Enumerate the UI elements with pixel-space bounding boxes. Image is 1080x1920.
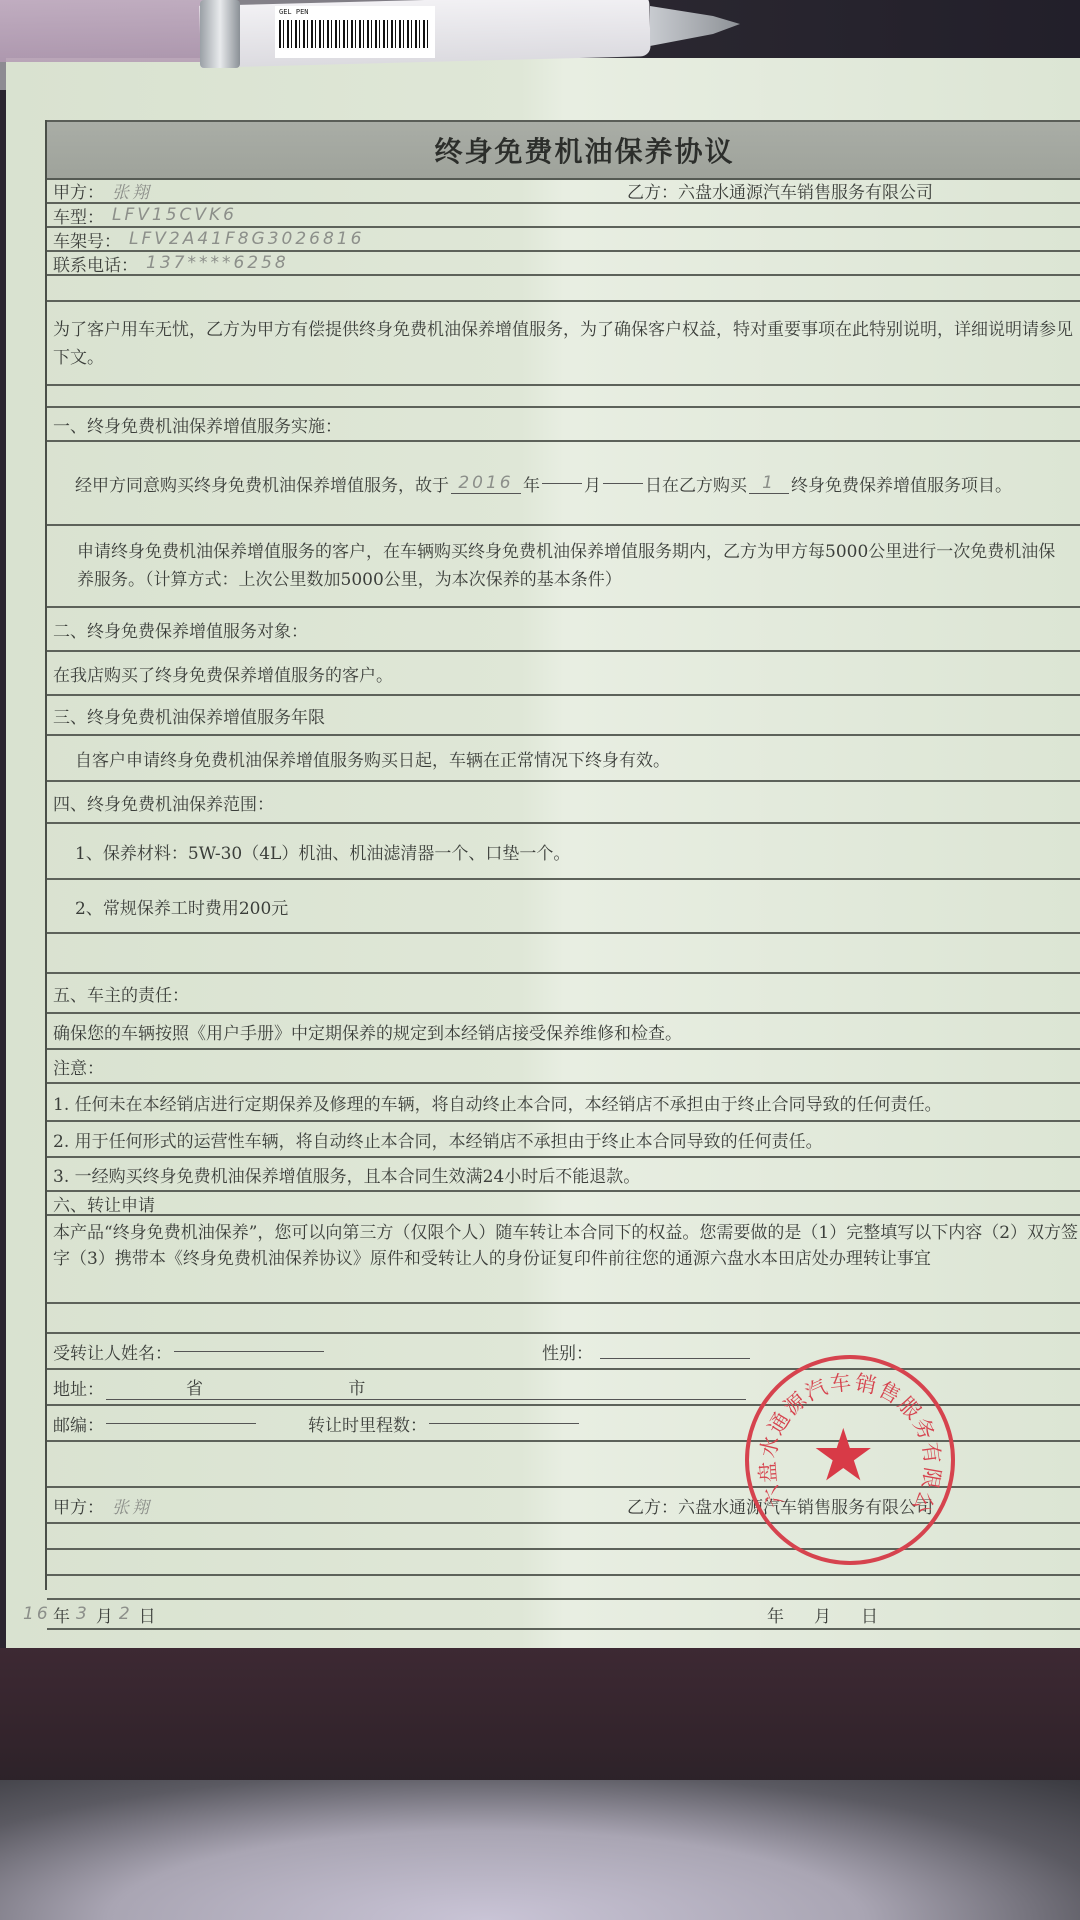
- section2-heading: 二、终身免费保养增值服务对象：: [53, 617, 308, 642]
- signature-party-a-label: 甲方：: [53, 1493, 104, 1518]
- section4-item-1: 1、保养材料：5W-30（4L）机油、机油滤清器一个、口垫一个。: [75, 839, 570, 864]
- section3-heading: 三、终身免费机油保养增值服务年限: [53, 703, 325, 728]
- mileage-label: 转让时里程数：: [308, 1411, 427, 1436]
- gender-label: 性别：: [542, 1344, 593, 1364]
- notes-heading-row: 注意：: [47, 1050, 1080, 1084]
- date-a-day[interactable]: 2: [119, 1604, 133, 1624]
- section6-body-row: 本产品“终身免费机油保养”，您可以向第三方（仅限个人）随车转让本合同下的权益。您…: [47, 1216, 1080, 1304]
- party-a-row: 甲方： 张翔 乙方：六盘水通源汽车销售服务有限公司: [47, 178, 1080, 204]
- party-a-value[interactable]: 张翔: [112, 178, 152, 203]
- day-label: 日在乙方购买: [645, 471, 747, 496]
- notes-heading: 注意：: [53, 1054, 104, 1079]
- section4-item-row: 2、常规保养工时费用200元: [47, 880, 1080, 934]
- star-icon: ★: [811, 1419, 876, 1491]
- gel-pen: GEL PEN: [0, 0, 760, 70]
- section2-body-row: 在我店购买了终身免费保养增值服务的客户。: [47, 652, 1080, 696]
- section5-heading: 五、车主的责任：: [53, 981, 189, 1006]
- date-a-month[interactable]: 3: [76, 1604, 90, 1624]
- address-label: 地址：: [53, 1375, 104, 1400]
- note-2: 2. 用于任何形式的运营性车辆，将自动终止本合同，本经销店不承担由于终止本合同导…: [53, 1127, 823, 1152]
- purchase-prefix: 经甲方同意购买终身免费机油保养增值服务，故于: [75, 471, 449, 496]
- section3-body: 自客户申请终身免费机油保养增值服务购买日起，车辆在正常情况下终身有效。: [75, 746, 670, 771]
- item-field[interactable]: 1: [749, 473, 789, 494]
- section1-heading-row: 一、终身免费机油保养增值服务实施：: [47, 408, 1080, 442]
- company-seal: 六盘水通源汽车销售服务有限公司 ★: [745, 1355, 955, 1565]
- date-a-month-label: 月: [96, 1602, 113, 1627]
- section1-heading: 一、终身免费机油保养增值服务实施：: [53, 412, 342, 437]
- date-b-year-label: 年: [767, 1607, 814, 1627]
- party-a-signature[interactable]: 张翔: [112, 1493, 152, 1518]
- note-row: 2. 用于任何形式的运营性车辆，将自动终止本合同，本经销店不承担由于终止本合同导…: [47, 1122, 1080, 1158]
- party-b-value: 六盘水通源汽车销售服务有限公司: [678, 183, 933, 203]
- section1-detail: 申请终身免费机油保养增值服务的客户，在车辆购买终身免费机油保养增值服务期内，乙方…: [77, 538, 1072, 594]
- vin-label: 车架号：: [53, 227, 121, 252]
- date-a-year-label: 年: [53, 1602, 70, 1627]
- gender-group: 性别：: [542, 1339, 752, 1364]
- party-a-label: 甲方：: [53, 178, 104, 203]
- section1-detail-row: 申请终身免费机油保养增值服务的客户，在车辆购买终身免费机油保养增值服务期内，乙方…: [47, 526, 1080, 608]
- car-model-value[interactable]: LFV15CVK6: [112, 205, 237, 225]
- party-b-label: 乙方：: [627, 183, 678, 203]
- date-a-year[interactable]: 16: [23, 1604, 51, 1624]
- section4-item-row: 1、保养材料：5W-30（4L）机油、机油滤清器一个、口垫一个。: [47, 824, 1080, 880]
- address-field[interactable]: 省 市: [106, 1374, 746, 1400]
- day-field[interactable]: [603, 483, 643, 484]
- party-b-header: 乙方：六盘水通源汽车销售服务有限公司: [627, 178, 933, 203]
- zip-label: 邮编：: [53, 1411, 104, 1436]
- gender-field[interactable]: [600, 1358, 750, 1359]
- section6-heading-row: 六、转让申请: [47, 1192, 1080, 1216]
- purchase-row: 经甲方同意购买终身免费机油保养增值服务，故于 2016 年 月 日在乙方购买 1…: [47, 442, 1080, 526]
- blank-row: [47, 276, 1080, 302]
- note-3: 3. 一经购买终身免费机油保养增值服务，且本合同生效满24小时后不能退款。: [53, 1162, 640, 1187]
- vin-value[interactable]: LFV2A41F8G3026816: [129, 229, 364, 249]
- note-row: 3. 一经购买终身免费机油保养增值服务，且本合同生效满24小时后不能退款。: [47, 1158, 1080, 1192]
- blank-row: [47, 386, 1080, 408]
- date-b: 年月日: [767, 1602, 908, 1627]
- barcode-icon: [279, 20, 431, 48]
- date-a-day-label: 日: [139, 1602, 156, 1627]
- mileage-field[interactable]: [429, 1423, 579, 1424]
- purchase-suffix: 终身免费保养增值服务项目。: [791, 471, 1012, 496]
- month-label: 月: [584, 471, 601, 496]
- month-field[interactable]: [542, 483, 582, 484]
- section3-body-row: 自客户申请终身免费机油保养增值服务购买日起，车辆在正常情况下终身有效。: [47, 736, 1080, 782]
- phone-label: 联系电话：: [53, 251, 138, 276]
- section5-heading-row: 五、车主的责任：: [47, 974, 1080, 1014]
- section6-heading: 六、转让申请: [53, 1191, 155, 1216]
- section6-body: 本产品“终身免费机油保养”，您可以向第三方（仅限个人）随车转让本合同下的权益。您…: [53, 1220, 1078, 1272]
- zip-field[interactable]: [106, 1423, 256, 1424]
- year-field[interactable]: 2016: [451, 473, 521, 494]
- intro-text: 为了客户用车无忧，乙方为甲方有偿提供终身免费机油保养增值服务，为了确保客户权益，…: [53, 316, 1080, 372]
- section4-item-2: 2、常规保养工时费用200元: [75, 894, 288, 919]
- section4-heading-row: 四、终身免费机油保养范围：: [47, 782, 1080, 824]
- phone-row: 联系电话： 137****6258: [47, 252, 1080, 276]
- date-b-month-label: 月: [814, 1607, 861, 1627]
- title-bar: 终身免费机油保养协议: [47, 120, 1080, 180]
- car-model-row: 车型： LFV15CVK6: [47, 204, 1080, 228]
- section4-heading: 四、终身免费机油保养范围：: [53, 790, 274, 815]
- section5-body: 确保您的车辆按照《用户手册》中定期保养的规定到本经销店接受保养维修和检查。: [53, 1019, 682, 1044]
- document-title: 终身免费机油保养协议: [394, 130, 734, 170]
- pen-label-text: GEL PEN: [279, 8, 309, 16]
- blank-row: [47, 934, 1080, 974]
- intro-row: 为了客户用车无忧，乙方为甲方有偿提供终身免费机油保养增值服务，为了确保客户权益，…: [47, 302, 1080, 386]
- date-row: 16 年 3 月 2 日 年月日: [47, 1600, 1080, 1630]
- city-label: 市: [348, 1379, 365, 1399]
- car-model-label: 车型：: [53, 203, 104, 228]
- pen-grip: [0, 0, 210, 62]
- folder-edge: [0, 1648, 1080, 1798]
- signature-party-b-label: 乙方：: [627, 1498, 678, 1518]
- province-label: 省: [186, 1379, 203, 1399]
- note-1: 1. 任何未在本经销店进行定期保养及修理的车辆，将自动终止本合同，本经销店不承担…: [53, 1090, 942, 1115]
- transferee-name-field[interactable]: [174, 1351, 324, 1352]
- fabric-foreground: [0, 1780, 1080, 1920]
- section3-heading-row: 三、终身免费机油保养增值服务年限: [47, 696, 1080, 736]
- section2-heading-row: 二、终身免费保养增值服务对象：: [47, 608, 1080, 652]
- note-row: 1. 任何未在本经销店进行定期保养及修理的车辆，将自动终止本合同，本经销店不承担…: [47, 1084, 1080, 1122]
- transferee-name-label: 受转让人姓名：: [53, 1339, 172, 1364]
- blank-row: [47, 1304, 1080, 1334]
- blank-row: [47, 1576, 1080, 1600]
- pen-tip: [650, 6, 740, 46]
- phone-value[interactable]: 137****6258: [146, 253, 289, 273]
- section2-body: 在我店购买了终身免费保养增值服务的客户。: [53, 661, 393, 686]
- pen-label: GEL PEN: [275, 6, 435, 58]
- pen-clip-ring: [200, 0, 240, 68]
- vin-row: 车架号： LFV2A41F8G3026816: [47, 228, 1080, 252]
- date-b-day-label: 日: [861, 1607, 908, 1627]
- year-label: 年: [523, 471, 540, 496]
- section5-body-row: 确保您的车辆按照《用户手册》中定期保养的规定到本经销店接受保养维修和检查。: [47, 1014, 1080, 1050]
